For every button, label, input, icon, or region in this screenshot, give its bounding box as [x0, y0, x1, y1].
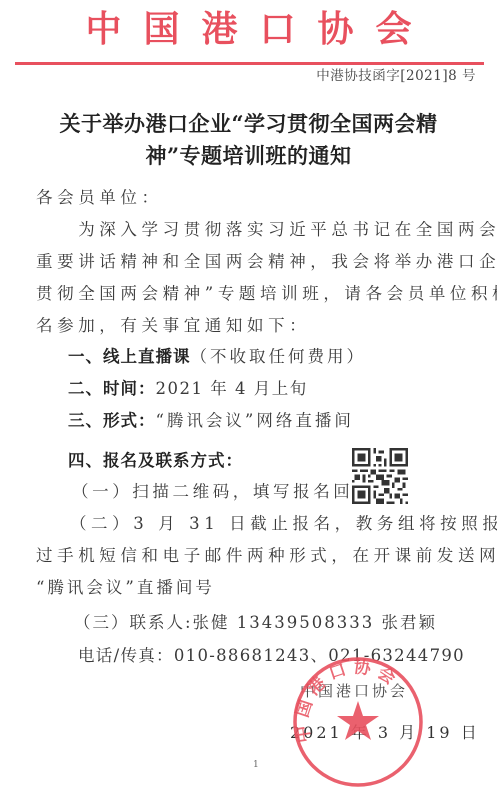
document-number: 中港协技函字[2021]8 号: [316, 66, 476, 86]
registration-step-2-line: 过手机短信和电子邮件两种形式，在开课前发送网课时间和: [36, 545, 476, 567]
seal-text: 中国港口协会: [291, 656, 404, 744]
page-number: 1: [253, 760, 259, 770]
intro-line: 重要讲话精神和全国两会精神，我会将举办港口企业“学习: [36, 251, 476, 273]
section-heading: 三、形式：: [68, 411, 156, 430]
section-1: 一、线上直播课（不收取任何费用）: [68, 346, 497, 368]
salutation: 各会员单位：: [36, 187, 476, 209]
section-4: 四、报名及联系方式：: [68, 450, 497, 472]
registration-step-1: （一）扫描二维码，填写报名回执: [72, 481, 497, 503]
intro-line: 贯彻全国两会精神”专题培训班，请各会员单位积极组织报: [36, 283, 476, 305]
svg-text:中国港口协会: 中国港口协会: [291, 656, 404, 744]
official-seal-icon: 中国港口协会: [291, 655, 425, 788]
intro-line: 名参加，有关事宜通知如下：: [36, 315, 476, 337]
contact-phone: 电话/传真：010-88681243、021-63244790: [78, 645, 497, 667]
document-title: 关于举办港口企业“学习贯彻全国两会精 神”专题培训班的通知: [30, 108, 467, 172]
section-2: 二、时间：2021 年 4 月上旬: [68, 378, 497, 400]
section-detail: （不收取任何费用）: [191, 347, 367, 366]
section-3: 三、形式：“腾讯会议”网络直播间: [68, 410, 497, 432]
section-detail: “腾讯会议”网络直播间: [156, 411, 354, 430]
title-line-1: 关于举办港口企业“学习贯彻全国两会精: [30, 108, 467, 140]
registration-step-2-line: （二）3 月 31 日截止报名，教务组将按照报名信息，通: [36, 513, 476, 535]
section-heading: 二、时间：: [68, 379, 156, 398]
section-detail: 2021 年 4 月上旬: [156, 379, 308, 398]
registration-step-2-line: “腾讯会议”直播间号: [36, 577, 476, 599]
title-line-2: 神”专题培训班的通知: [30, 140, 467, 172]
header-divider: [15, 62, 484, 65]
masthead-org-name: 中国港口协会: [0, 8, 497, 50]
contact-person: （三）联系人:张健 13439508333 张君颖: [74, 612, 497, 634]
qr-code-icon[interactable]: [352, 448, 408, 504]
section-heading: 一、线上直播课: [68, 347, 191, 366]
intro-line: 为深入学习贯彻落实习近平总书记在全国两会期间的: [36, 219, 476, 241]
section-heading: 四、报名及联系方式：: [68, 451, 243, 470]
